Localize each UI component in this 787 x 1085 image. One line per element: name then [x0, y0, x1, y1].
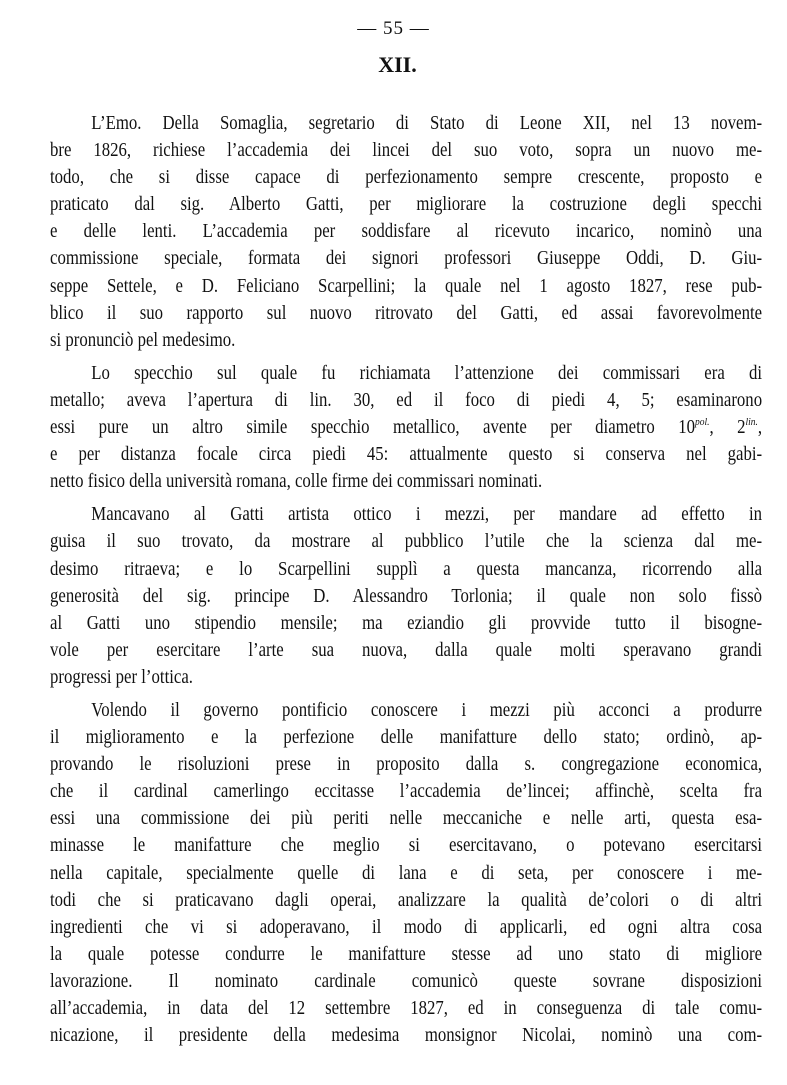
text-line: il miglioramento e la perfezione delle m…: [50, 724, 762, 751]
text-line: guisa il suo trovato, da mostrare al pub…: [50, 528, 762, 555]
text-line: netto fisico della università romana, co…: [50, 468, 762, 495]
paragraph-4: Volendo il governo pontificio conoscere …: [50, 697, 762, 1049]
text-line: si pronunciò pel medesimo.: [50, 327, 762, 354]
superscript-pol: pol.: [695, 416, 709, 428]
text-line: vole per esercitare l’arte sua nuova, da…: [50, 637, 762, 664]
text-line: ingredienti che vi si adoperavano, il mo…: [50, 914, 762, 941]
text-line: Volendo il governo pontificio conoscere …: [50, 697, 762, 724]
text-line: minasse le manifatture che meglio si ese…: [50, 832, 762, 859]
paragraph-1: L’Emo. Della Somaglia, segretario di Sta…: [50, 110, 762, 354]
text-line: nicazione, il presidente della medesima …: [50, 1022, 762, 1049]
text-line: che il cardinal camerlingo eccitasse l’a…: [50, 778, 762, 805]
text-line: L’Emo. Della Somaglia, segretario di Sta…: [50, 110, 762, 137]
text-line: provando le risoluzioni prese in proposi…: [50, 751, 762, 778]
text-line: todi che si praticavano dagli operai, an…: [50, 887, 762, 914]
text-line: all’accademia, in data del 12 settembre …: [50, 995, 762, 1022]
text-line: Mancavano al Gatti artista ottico i mezz…: [50, 501, 762, 528]
text-line: la quale potesse condurre le manifatture…: [50, 941, 762, 968]
page-number: — 55 —: [0, 18, 787, 40]
text-line: metallo; aveva l’apertura di lin. 30, ed…: [50, 387, 762, 414]
text-line: al Gatti uno stipendio mensile; ma ezian…: [50, 610, 762, 637]
section-heading: XII.: [0, 52, 787, 78]
text-fragment: ,: [758, 417, 762, 438]
text-line: commissione speciale, formata dei signor…: [50, 245, 762, 272]
text-line: nella capitale, specialmente quelle di l…: [50, 860, 762, 887]
text-line: Lo specchio sul quale fu richiamata l’at…: [50, 360, 762, 387]
text-line: desimo ritraeva; e lo Scarpellini supplì…: [50, 556, 762, 583]
text-fragment: essi pure un altro simile specchio metal…: [50, 417, 695, 438]
text-line: essi una commissione dei più periti nell…: [50, 805, 762, 832]
text-line: generosità del sig. principe D. Alessand…: [50, 583, 762, 610]
text-line: blico il suo rapporto sul nuovo ritrovat…: [50, 300, 762, 327]
text-fragment: , 2: [709, 417, 745, 438]
text-line: progressi per l’ottica.: [50, 664, 762, 691]
text-line-with-superscripts: essi pure un altro simile specchio metal…: [50, 414, 762, 441]
paragraph-3: Mancavano al Gatti artista ottico i mezz…: [50, 501, 762, 691]
text-line: seppe Settele, e D. Feliciano Scarpellin…: [50, 273, 762, 300]
text-line: e per distanza focale circa piedi 45: at…: [50, 441, 762, 468]
paragraph-2: Lo specchio sul quale fu richiamata l’at…: [50, 360, 762, 495]
text-line: lavorazione. Il nominato cardinale comun…: [50, 968, 762, 995]
text-line: bre 1826, richiese l’accademia dei lince…: [50, 137, 762, 164]
body-text: L’Emo. Della Somaglia, segretario di Sta…: [50, 110, 762, 1049]
text-line: todo, che si disse capace di perfezionam…: [50, 164, 762, 191]
superscript-lin: lin.: [746, 416, 758, 428]
text-line: praticato dal sig. Alberto Gatti, per mi…: [50, 191, 762, 218]
text-line: e delle lenti. L’accademia per soddisfar…: [50, 218, 762, 245]
